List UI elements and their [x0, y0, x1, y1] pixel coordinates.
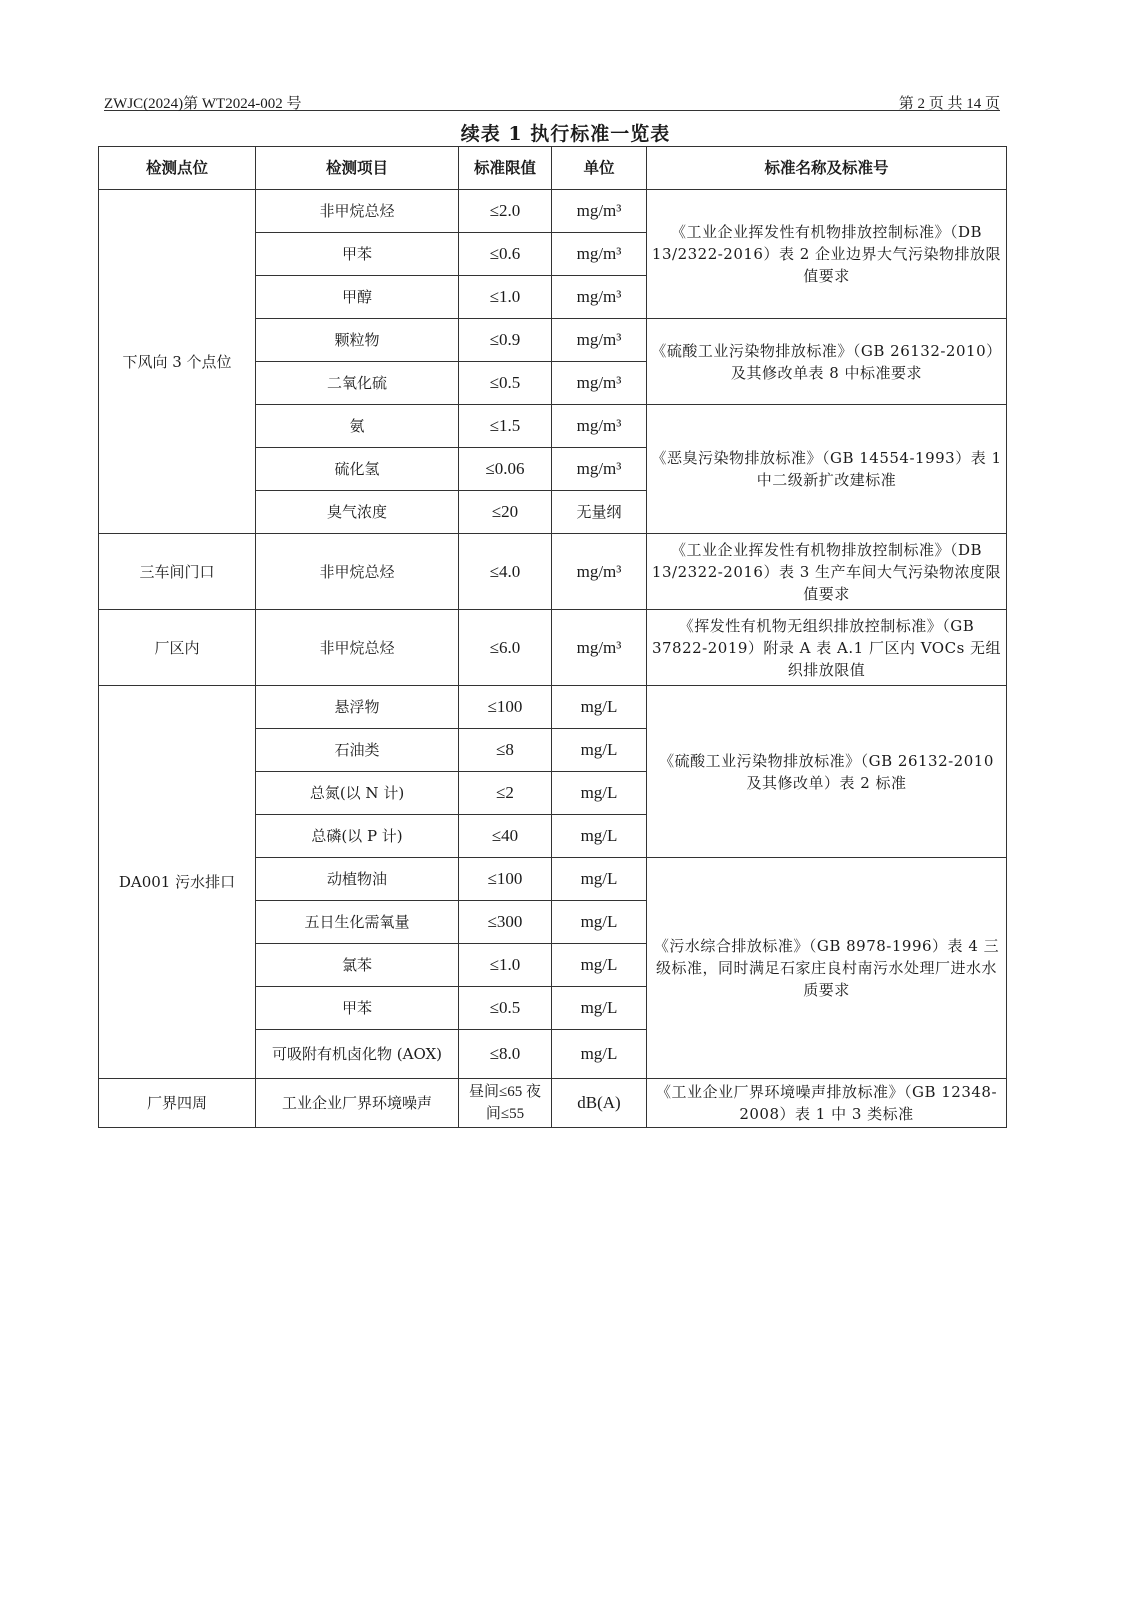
- limit-cell: ≤1.5: [459, 405, 552, 448]
- page-header: ZWJC(2024)第 WT2024-002 号 第 2 页 共 14 页: [104, 92, 1000, 111]
- unit-cell: 无量纲: [552, 491, 647, 534]
- unit-cell: mg/L: [552, 944, 647, 987]
- location-cell: 厂界四周: [99, 1079, 256, 1128]
- item-cell: 甲醇: [256, 276, 459, 319]
- table-row: DA001 污水排口 悬浮物 ≤100 mg/L 《硫酸工业污染物排放标准》（G…: [99, 686, 1007, 729]
- unit-cell: mg/m³: [552, 362, 647, 405]
- limit-cell: ≤20: [459, 491, 552, 534]
- item-cell: 二氧化硫: [256, 362, 459, 405]
- standard-cell: 《恶臭污染物排放标准》（GB 14554-1993）表 1 中二级新扩改建标准: [647, 405, 1007, 534]
- location-cell: 下风向 3 个点位: [99, 190, 256, 534]
- standard-cell: 《硫酸工业污染物排放标准》（GB 26132-2010）及其修改单表 8 中标准…: [647, 319, 1007, 405]
- limit-cell: ≤2.0: [459, 190, 552, 233]
- limit-cell: ≤4.0: [459, 534, 552, 610]
- column-header: 标准限值: [459, 147, 552, 190]
- standards-table: 检测点位 检测项目 标准限值 单位 标准名称及标准号 下风向 3 个点位 非甲烷…: [98, 146, 1007, 1128]
- limit-cell: 昼间≤65 夜间≤55: [459, 1079, 552, 1128]
- limit-cell: ≤6.0: [459, 610, 552, 686]
- location-cell: DA001 污水排口: [99, 686, 256, 1079]
- limit-cell: ≤0.6: [459, 233, 552, 276]
- item-cell: 工业企业厂界环境噪声: [256, 1079, 459, 1128]
- item-cell: 动植物油: [256, 858, 459, 901]
- unit-cell: mg/L: [552, 901, 647, 944]
- table-row: 三车间门口 非甲烷总烃 ≤4.0 mg/m³ 《工业企业挥发性有机物排放控制标准…: [99, 534, 1007, 610]
- standard-cell: 《工业企业厂界环境噪声排放标准》（GB 12348-2008）表 1 中 3 类…: [647, 1079, 1007, 1128]
- standard-cell: 《工业企业挥发性有机物排放控制标准》（DB 13/2322-2016）表 3 生…: [647, 534, 1007, 610]
- limit-cell: ≤100: [459, 686, 552, 729]
- unit-cell: mg/L: [552, 686, 647, 729]
- unit-cell: mg/m³: [552, 534, 647, 610]
- item-cell: 非甲烷总烃: [256, 190, 459, 233]
- unit-cell: mg/L: [552, 987, 647, 1030]
- limit-cell: ≤8.0: [459, 1030, 552, 1079]
- unit-cell: mg/m³: [552, 405, 647, 448]
- unit-cell: mg/L: [552, 858, 647, 901]
- location-cell: 厂区内: [99, 610, 256, 686]
- page-info: 第 2 页 共 14 页: [899, 92, 1000, 113]
- standard-cell: 《硫酸工业污染物排放标准》（GB 26132-2010 及其修改单）表 2 标准: [647, 686, 1007, 858]
- unit-cell: mg/L: [552, 1030, 647, 1079]
- column-header: 标准名称及标准号: [647, 147, 1007, 190]
- standard-cell: 《污水综合排放标准》（GB 8978-1996）表 4 三级标准，同时满足石家庄…: [647, 858, 1007, 1079]
- item-cell: 总氮(以 N 计): [256, 772, 459, 815]
- unit-cell: mg/m³: [552, 448, 647, 491]
- table-row: 下风向 3 个点位 非甲烷总烃 ≤2.0 mg/m³ 《工业企业挥发性有机物排放…: [99, 190, 1007, 233]
- item-cell: 硫化氢: [256, 448, 459, 491]
- item-cell: 非甲烷总烃: [256, 534, 459, 610]
- item-cell: 总磷(以 P 计): [256, 815, 459, 858]
- item-cell: 悬浮物: [256, 686, 459, 729]
- item-cell: 五日生化需氧量: [256, 901, 459, 944]
- column-header: 检测项目: [256, 147, 459, 190]
- unit-cell: mg/m³: [552, 610, 647, 686]
- limit-cell: ≤0.9: [459, 319, 552, 362]
- item-cell: 甲苯: [256, 233, 459, 276]
- unit-cell: mg/m³: [552, 319, 647, 362]
- location-cell: 三车间门口: [99, 534, 256, 610]
- item-cell: 甲苯: [256, 987, 459, 1030]
- limit-cell: ≤8: [459, 729, 552, 772]
- table-title: 续表 1 执行标准一览表: [0, 119, 1131, 146]
- item-cell: 可吸附有机卤化物 (AOX): [256, 1030, 459, 1079]
- item-cell: 颗粒物: [256, 319, 459, 362]
- table-header-row: 检测点位 检测项目 标准限值 单位 标准名称及标准号: [99, 147, 1007, 190]
- unit-cell: mg/L: [552, 772, 647, 815]
- column-header: 检测点位: [99, 147, 256, 190]
- limit-cell: ≤100: [459, 858, 552, 901]
- limit-cell: ≤300: [459, 901, 552, 944]
- document-number: ZWJC(2024)第 WT2024-002 号: [104, 92, 301, 113]
- limit-cell: ≤1.0: [459, 276, 552, 319]
- item-cell: 氯苯: [256, 944, 459, 987]
- column-header: 单位: [552, 147, 647, 190]
- unit-cell: mg/m³: [552, 276, 647, 319]
- standard-cell: 《工业企业挥发性有机物排放控制标准》（DB 13/2322-2016）表 2 企…: [647, 190, 1007, 319]
- limit-cell: ≤2: [459, 772, 552, 815]
- item-cell: 石油类: [256, 729, 459, 772]
- unit-cell: mg/L: [552, 729, 647, 772]
- table-row: 厂区内 非甲烷总烃 ≤6.0 mg/m³ 《挥发性有机物无组织排放控制标准》（G…: [99, 610, 1007, 686]
- item-cell: 非甲烷总烃: [256, 610, 459, 686]
- limit-cell: ≤1.0: [459, 944, 552, 987]
- item-cell: 臭气浓度: [256, 491, 459, 534]
- unit-cell: mg/L: [552, 815, 647, 858]
- limit-cell: ≤0.06: [459, 448, 552, 491]
- limit-cell: ≤0.5: [459, 362, 552, 405]
- limit-cell: ≤40: [459, 815, 552, 858]
- unit-cell: mg/m³: [552, 190, 647, 233]
- table-row: 厂界四周 工业企业厂界环境噪声 昼间≤65 夜间≤55 dB(A) 《工业企业厂…: [99, 1079, 1007, 1128]
- standard-cell: 《挥发性有机物无组织排放控制标准》（GB 37822-2019）附录 A 表 A…: [647, 610, 1007, 686]
- limit-cell: ≤0.5: [459, 987, 552, 1030]
- unit-cell: dB(A): [552, 1079, 647, 1128]
- item-cell: 氨: [256, 405, 459, 448]
- unit-cell: mg/m³: [552, 233, 647, 276]
